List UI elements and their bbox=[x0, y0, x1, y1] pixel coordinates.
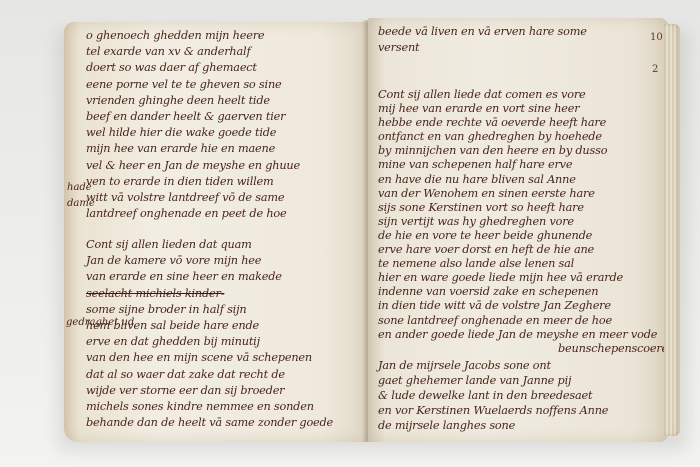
text-line: te nemene also lande alse lenen sal bbox=[378, 257, 668, 271]
margin-note: hade bbox=[67, 182, 92, 193]
text-line: some sijne broder in half sijn bbox=[86, 302, 333, 318]
text-line: tel exarde van xv & anderhalf bbox=[86, 44, 300, 60]
right-page: beede vā liven en vā erven hare some ver… bbox=[368, 18, 668, 442]
text-line: ven to erarde in dien tiden willem bbox=[86, 174, 300, 190]
left-page-paragraph-1: o ghenoech ghedden mijn heere tel exarde… bbox=[86, 28, 300, 222]
text-line: dat al so waer dat zake dat recht de bbox=[86, 367, 333, 383]
text-line: wel hilde hier die wake goede tide bbox=[86, 125, 300, 141]
open-manuscript: o ghenoech ghedden mijn heere tel exarde… bbox=[64, 16, 680, 444]
text-line: beunschepenscoere bbox=[378, 342, 668, 356]
text-line: erve hare voer dorst en heft de hie ane bbox=[378, 243, 668, 257]
text-line: de mijrsele langhes sone bbox=[378, 418, 608, 433]
folio-number: 2 bbox=[652, 64, 658, 75]
text-line: sijn vertijt was hy ghedreghen vore bbox=[378, 215, 668, 229]
text-line: Cont sij allen liede dat comen es vore bbox=[378, 88, 668, 102]
text-line: hier en ware goede liede mijn hee vā era… bbox=[378, 271, 668, 285]
text-line: doert so was daer af ghemaect bbox=[86, 60, 300, 76]
text-line: van erarde en sine heer en makede bbox=[86, 269, 333, 285]
text-line: eene porne vel te te gheven so sine bbox=[86, 77, 300, 93]
text-line: en ander goede liede Jan de meyshe en me… bbox=[378, 328, 668, 342]
text-line: seelacht michiels kinder- bbox=[86, 286, 333, 302]
text-line: michels sones kindre nemmee en sonden bbox=[86, 399, 333, 415]
text-line: by minnijchen van den heere en by dusso bbox=[378, 144, 668, 158]
text-line: & lude dewelke lant in den breedesaet bbox=[378, 388, 608, 403]
text-line: de hie en vore te heer beide ghunende bbox=[378, 229, 668, 243]
text-line: ontfanct en van ghedreghen by hoehede bbox=[378, 130, 668, 144]
text-line: o ghenoech ghedden mijn heere bbox=[86, 28, 300, 44]
text-line: mijn hee van erarde hie en maene bbox=[86, 141, 300, 157]
text-line: Jan de kamere vō vore mijn hee bbox=[86, 253, 333, 269]
right-page-paragraph-2: Jan de mijrsele Jacobs sone ont gaet ghe… bbox=[378, 358, 608, 433]
text-line: vrienden ghinghe deen heelt tide bbox=[86, 93, 300, 109]
text-line: mine van schepenen half hare erve bbox=[378, 158, 668, 172]
text-line: Cont sij allen lieden dat quam bbox=[86, 237, 333, 253]
text-line: wijde ver storne eer dan sij broeder bbox=[86, 383, 333, 399]
text-line: beef en dander heelt & gaerven tier bbox=[86, 109, 300, 125]
text-line: mij hee van erarde en vort sine heer bbox=[378, 102, 668, 116]
left-page-paragraph-2: Cont sij allen lieden dat quam Jan de ka… bbox=[86, 237, 333, 431]
text-line: witt vā volstre lantdreef vō de same bbox=[86, 190, 300, 206]
right-page-paragraph-1: Cont sij allen liede dat comen es vore m… bbox=[378, 88, 668, 356]
text-line: sone lantdreef onghenade en meer de hoe bbox=[378, 314, 668, 328]
text-line: versent bbox=[378, 40, 587, 56]
text-line: erve en dat ghedden bij minutij bbox=[86, 334, 333, 350]
text-line: Jan de mijrsele Jacobs sone ont bbox=[378, 358, 608, 373]
left-page: o ghenoech ghedden mijn heere tel exarde… bbox=[64, 22, 368, 442]
text-line: vel & heer en Jan de meyshe en ghuue bbox=[86, 158, 300, 174]
text-line: lantdreef onghenade en peet de hoe bbox=[86, 206, 300, 222]
right-page-continuation: beede vā liven en vā erven hare some ver… bbox=[378, 24, 587, 56]
text-line: sijs sone Kerstinen vort so heeft hare bbox=[378, 201, 668, 215]
text-line: indenne van voersid zake en schepenen bbox=[378, 285, 668, 299]
margin-note: gedraghet ud bbox=[66, 317, 134, 328]
page-edges bbox=[664, 24, 680, 436]
text-line: en vor Kerstinen Wuelaerds noffens Anne bbox=[378, 403, 608, 418]
text-line: hebbe ende rechte vā oeverde heeft hare bbox=[378, 116, 668, 130]
text-line: en have die nu hare bliven sal Anne bbox=[378, 173, 668, 187]
text-line: van den hee en mijn scene vā schepenen bbox=[86, 350, 333, 366]
margin-note: dame bbox=[67, 198, 95, 209]
text-line: van der Wenohem en sinen eerste hare bbox=[378, 187, 668, 201]
text-line: in dien tide witt vā de volstre Jan Zegh… bbox=[378, 299, 668, 313]
folio-number: 10 bbox=[650, 32, 663, 43]
text-line: beede vā liven en vā erven hare some bbox=[378, 24, 587, 40]
text-line: behande dan de heelt vā same zonder goed… bbox=[86, 415, 333, 431]
text-line: gaet ghehemer lande van Janne pij bbox=[378, 373, 608, 388]
